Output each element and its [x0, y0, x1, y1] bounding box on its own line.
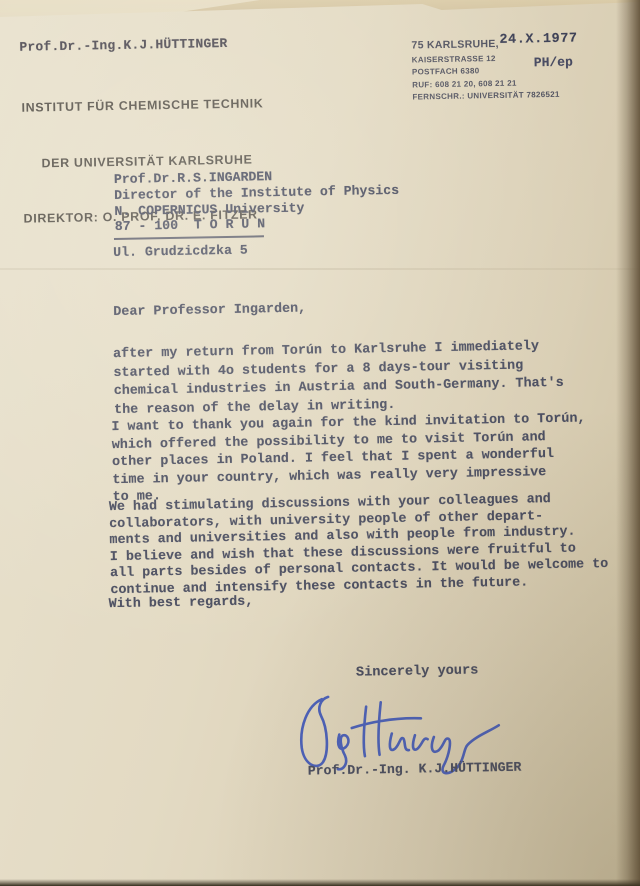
sender-telex: FERNSCHR.: UNIVERSITÄT 7826521 [412, 89, 559, 104]
paragraph-1: after my return from Torún to Karlsruhe … [113, 338, 564, 420]
scan-edge-bottom [0, 879, 640, 886]
institute-line-1: INSTITUT FÜR CHEMISCHE TECHNIK [21, 94, 263, 117]
recipient-address: Prof.Dr.R.S.INGARDEN Director of the Ins… [114, 167, 400, 235]
closing-line: With best regards, [109, 595, 254, 613]
recipient-street: Ul. Grudzicdzka 5 [113, 243, 248, 260]
scanned-letter-page: Prof.Dr.-Ing.K.J.HÜTTINGER INSTITUT FÜR … [0, 0, 640, 886]
scan-edge-right [616, 0, 640, 886]
paragraph-3: We had stimulating discussions with your… [109, 491, 609, 600]
signoff-line: Sincerely yours [356, 663, 479, 680]
sender-name: Prof.Dr.-Ing.K.J.HÜTTINGER [19, 36, 227, 55]
letter-content: Prof.Dr.-Ing.K.J.HÜTTINGER INSTITUT FÜR … [0, 0, 640, 886]
reference-code: PH/ep [534, 55, 573, 71]
letter-date: 24.X.1977 [499, 31, 578, 47]
salutation: Dear Professor Ingarden, [113, 302, 306, 321]
